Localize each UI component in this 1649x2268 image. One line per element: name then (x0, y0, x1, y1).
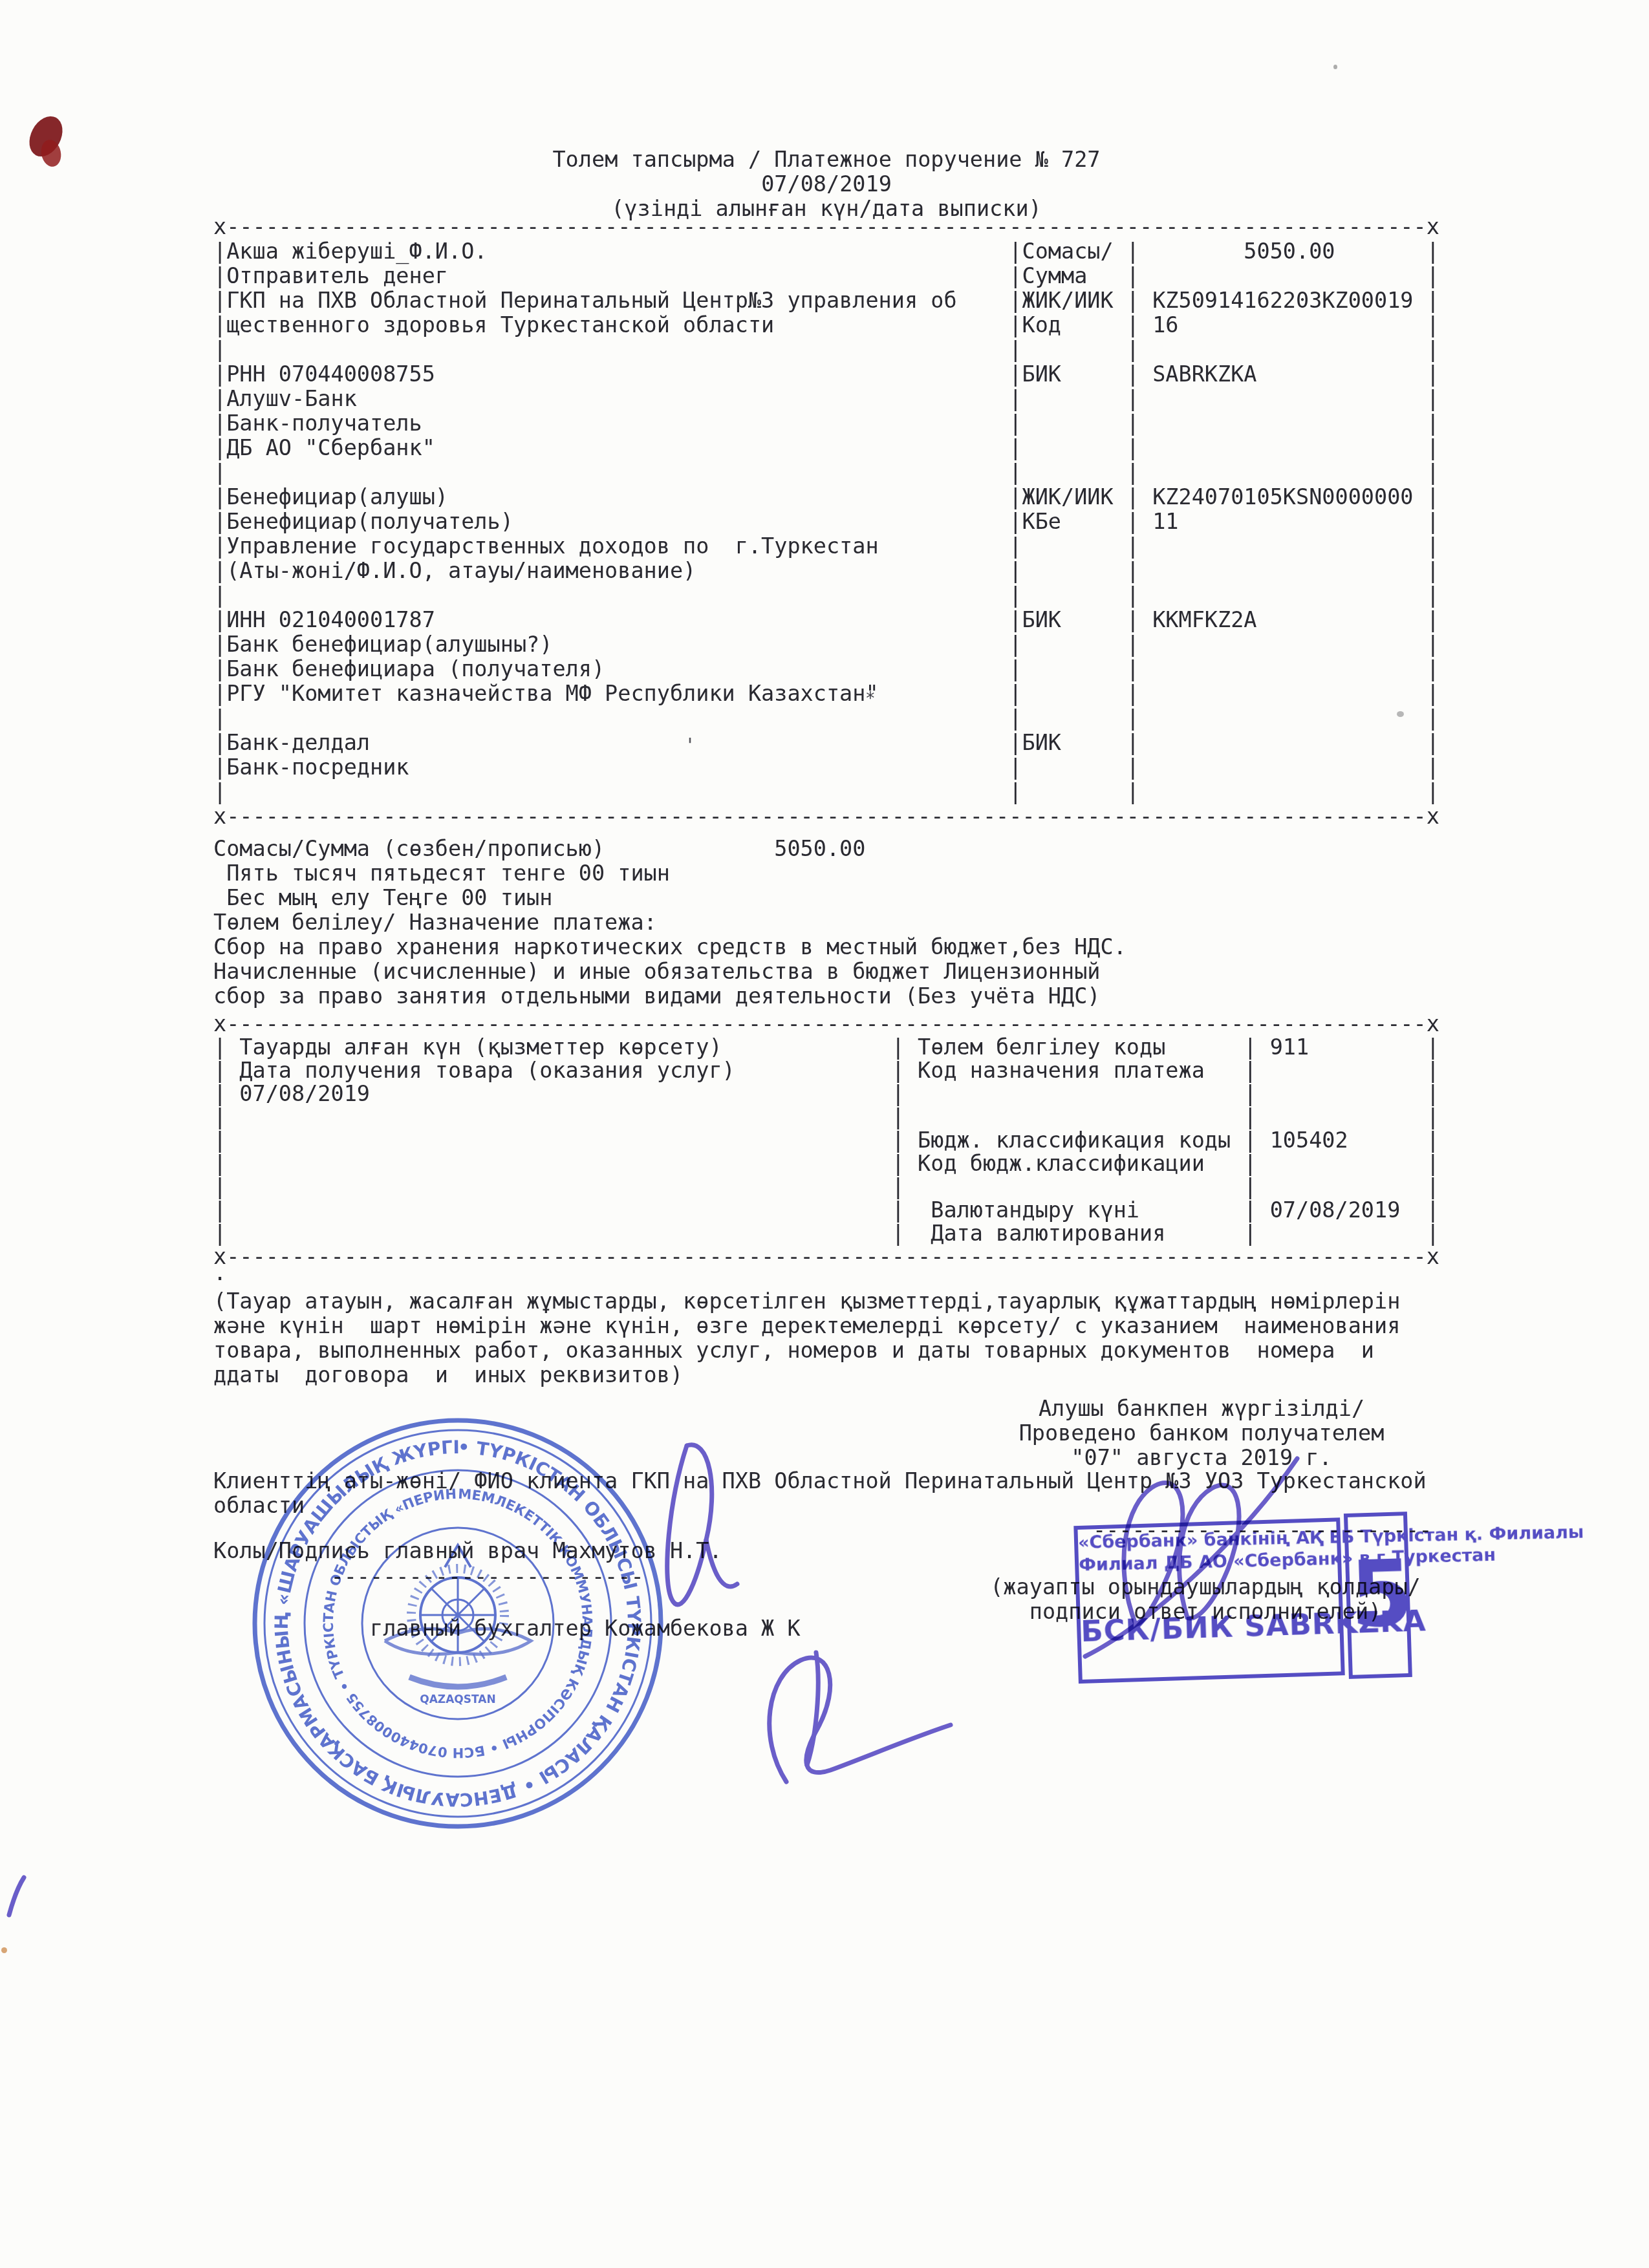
text-line: Сомасы/Сумма (сөзбен/прописью) 5050.00 (213, 837, 1126, 861)
table-row: | | Дата валютирования | | (213, 1222, 1439, 1245)
bank-stamp-number: 5 (1344, 1512, 1412, 1679)
table-row: |Акша жіберуші_Ф.И.О. |Сомасы/ | 5050.00… (213, 239, 1439, 264)
text-line: 07/08/2019 (213, 172, 1439, 197)
text-line: Бес мың елу Теңге 00 тиын (213, 886, 1126, 910)
text-line: товара, выполненных работ, оказанных усл… (213, 1338, 1400, 1363)
scan-speck (1, 1947, 7, 1953)
table-row: |Банк-получатель | | | (213, 411, 1439, 436)
table-row: | | Валютандыру күні | 07/08/2019 | (213, 1199, 1439, 1222)
scan-speck (1397, 711, 1404, 717)
text-line: Пять тысяч пятьдесят тенге 00 тиын (213, 861, 1126, 886)
text-line: Проведено банком получателем (970, 1421, 1433, 1446)
bank-stamp-box: «Сбербанк» банкінің АҚ ЕБ Түркістан қ. Ф… (1073, 1517, 1344, 1684)
table-row: |(Аты-жоні/Ф.И.О, атауы/наименование) | … (213, 559, 1439, 583)
table-row: | Дата получения товара (оказания услуг)… (213, 1059, 1439, 1082)
table-row: | | | | (213, 460, 1439, 485)
table-row: | Тауарды алған күн (қызметтер көрсету) … (213, 1036, 1439, 1059)
signature-accountant (770, 1658, 951, 1782)
bank-confirmation-note: Алушы банкпен жүргізілді/Проведено банко… (970, 1396, 1433, 1470)
table-row: |Отправитель денег |Сумма | | (213, 264, 1439, 288)
text-line: Төлем белілеу/ Назначение платежа: (213, 910, 1126, 935)
coat-of-arms-icon (385, 1545, 531, 1687)
text-line: Начисленные (исчисленные) и иные обязате… (213, 959, 1126, 984)
payment-details-table: x---------------------------------------… (213, 215, 1439, 829)
pen-mark-bottom-left (9, 1878, 24, 1915)
payment-order-scan-page: Толем тапсырма / Платежное поручение № 7… (0, 0, 1649, 2268)
text-line: және күнін шарт нөмірін және күнін, өзге… (213, 1314, 1400, 1338)
table-row: | 07/08/2019 | | | (213, 1082, 1439, 1106)
table-row: x---------------------------------------… (213, 804, 1439, 829)
table-row: | | | | (213, 337, 1439, 362)
table-row: |Управление государственных доходов по г… (213, 534, 1439, 559)
table-row: |Бенефициар(алушы) |ЖИК/ИИК | KZ24070105… (213, 485, 1439, 509)
scan-artifact-star: * (865, 689, 876, 709)
text-line: сбор за право занятия отдельными видами … (213, 984, 1126, 1009)
dates-codes-table: x---------------------------------------… (213, 1012, 1439, 1268)
scan-artifact-tick: ' (684, 734, 696, 757)
table-row: | | | | (213, 780, 1439, 804)
text-line: ддаты договора и иных реквизитов) (213, 1363, 1400, 1387)
document-header: Толем тапсырма / Платежное поручение № 7… (213, 147, 1439, 221)
table-row: |РГУ "Комитет казначейства МФ Республики… (213, 681, 1439, 706)
table-row: | | | | (213, 1175, 1439, 1199)
text-line: Толем тапсырма / Платежное поручение № 7… (213, 147, 1439, 172)
table-row: | | | | (213, 1106, 1439, 1129)
table-row: | | Код бюдж.классификации | | (213, 1152, 1439, 1175)
table-row: |Алушv-Банк | | | (213, 387, 1439, 411)
text-line: (Тауар атауын, жасалған жұмыстарды, көрс… (213, 1289, 1400, 1314)
signature-accountant-stem (807, 1653, 818, 1765)
table-row: | | Бюдж. классификация коды | 105402 | (213, 1129, 1439, 1152)
table-row: |ДБ АО "Сбербанк" | | | (213, 436, 1439, 460)
table-row: |Бенефициар(получатель) |КБе | 11 | (213, 509, 1439, 534)
table-row: |РНН 070440008755 |БИК | SABRKZKA | (213, 362, 1439, 387)
table-row: x---------------------------------------… (213, 1245, 1439, 1268)
table-row: | | | | (213, 706, 1439, 731)
table-row: x---------------------------------------… (213, 1012, 1439, 1036)
stray-period: . (213, 1261, 226, 1285)
table-row: |ГКП на ПХВ Областной Перинатальный Цент… (213, 288, 1439, 313)
table-row: x---------------------------------------… (213, 215, 1439, 239)
amount-section: Сомасы/Сумма (сөзбен/прописью) 5050.00 П… (213, 837, 1126, 1009)
scan-speck (1333, 65, 1337, 69)
round-seal: • ТҮРКІСТАН ОБЛЫСЫ ТҮРКІСТАН ҚАЛАСЫ • ДЕ… (248, 1413, 668, 1834)
table-row: | | | | (213, 583, 1439, 608)
text-line: "07" августа 2019 г. (970, 1446, 1433, 1470)
table-row: |Банк-делдал |БИК | | (213, 731, 1439, 755)
bank-stamp-bic: БСК/БИК SABRKZKA (1081, 1607, 1340, 1649)
table-row: |Банк бенефициар(алушыны?) | | | (213, 632, 1439, 657)
table-row: |щественного здоровья Туркестанской обла… (213, 313, 1439, 337)
table-row: |Банк бенефициара (получателя) | | | (213, 657, 1439, 681)
bank-rect-stamp: «Сбербанк» банкінің АҚ ЕБ Түркістан қ. Ф… (1073, 1512, 1415, 1687)
note-paragraph: (Тауар атауын, жасалған жұмыстарды, көрс… (213, 1289, 1400, 1387)
text-line: Сбор на право хранения наркотических сре… (213, 935, 1126, 959)
text-line: . (213, 1261, 226, 1285)
text-line: Алушы банкпен жүргізілді/ (970, 1396, 1433, 1421)
seal-center-caption: QAZAQSTAN (420, 1693, 495, 1706)
table-row: |ИНН 021040001787 |БИК | KKMFKZ2A | (213, 608, 1439, 632)
table-row: |Банк-посредник | | | (213, 755, 1439, 780)
